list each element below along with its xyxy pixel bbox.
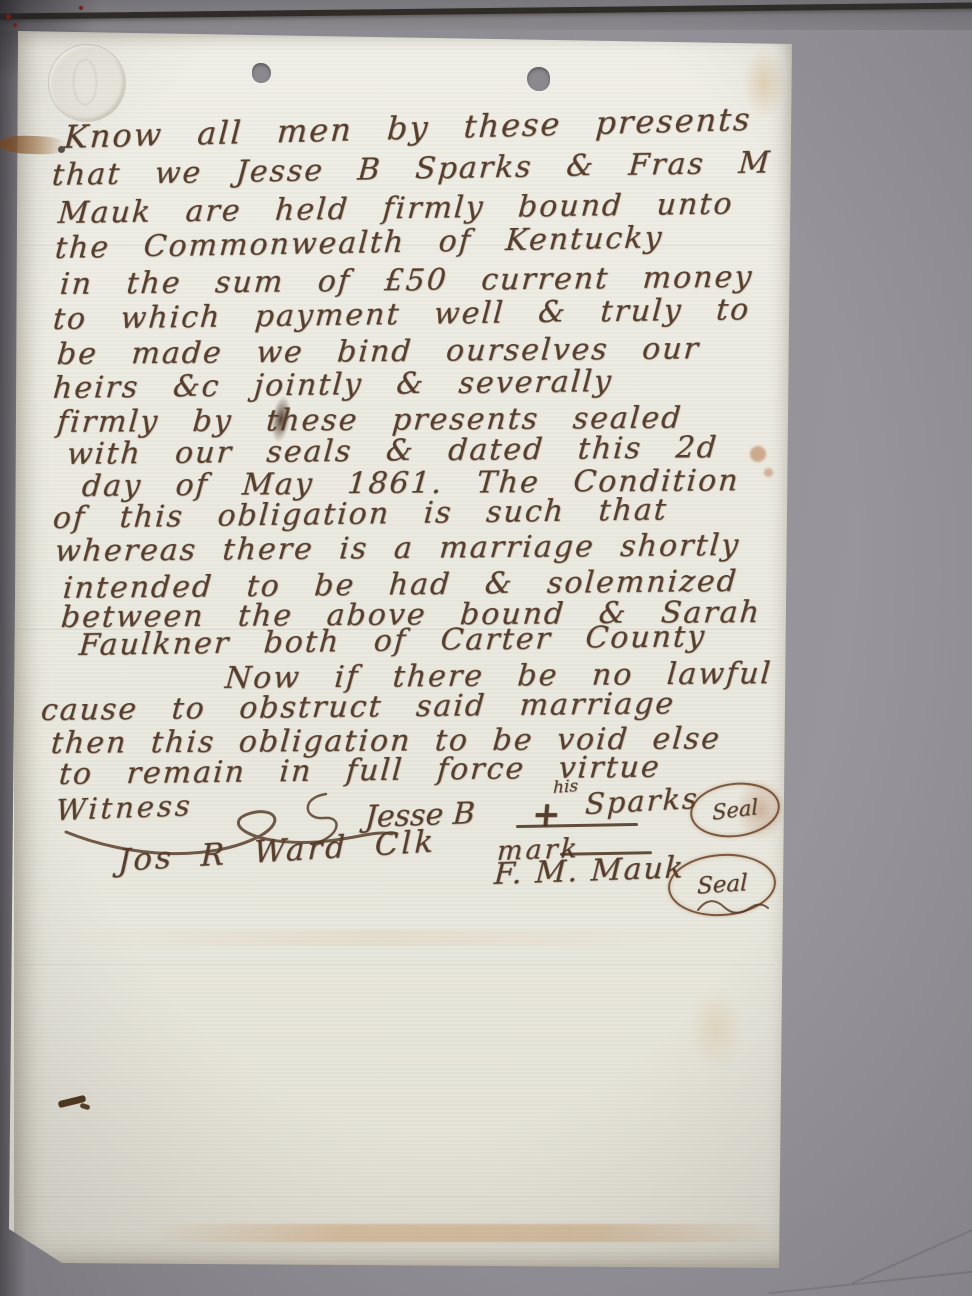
- photo-scene: Know all men by these presents that we J…: [0, 0, 972, 1296]
- photo-vignette: [0, 0, 972, 1296]
